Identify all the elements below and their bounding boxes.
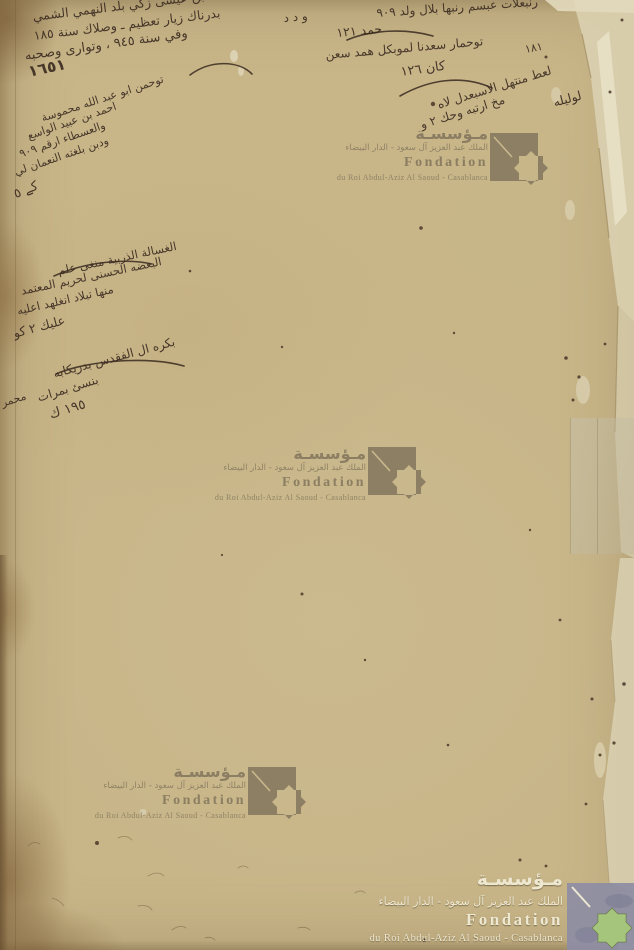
handwritten-line: ١٨١ [524,41,543,55]
watermark-latin-title: Fondation [466,911,563,928]
watermark-latin-subtitle: du Roi Abdul-Aziz Al Saoud - Casablanca [95,812,246,820]
repair-tape-patch [570,418,634,554]
foundation-logo-icon [246,765,310,829]
page-fold-crease [15,0,16,950]
watermark-latin-subtitle: du Roi Abdul-Aziz Al Saoud - Casablanca [337,174,488,182]
watermark-arabic-title: مـؤسسـة [173,764,246,780]
watermark-arabic-title: مـؤسسـة [293,446,366,462]
foundation-watermark-top: مـؤسسـة الملك عبد العزيز آل سعود - الدار… [322,126,552,192]
watermark-latin-title: Fondation [282,476,366,490]
watermark-latin-title: Fondation [404,156,488,170]
watermark-arabic-title: مـؤسسـة [415,126,488,142]
watermark-arabic-title: مـؤسسـة [477,870,563,889]
handwritten-line: و د د [283,10,308,24]
watermark-arabic-subtitle: الملك عبد العزيز آل سعود - الدار البيضاء [103,782,246,791]
manuscript-page: وكونه محمد بن عيسى زكي بلد النهمي الشمي … [0,0,634,950]
watermark-latin-subtitle: du Roi Abdul-Aziz Al Saoud - Casablanca [215,494,366,502]
page-edge-shadow [0,555,8,950]
foundation-watermark-bottom-left: مـؤسسـة الملك عبد العزيز آل سعود - الدار… [80,764,310,830]
foundation-stamp-colored: مـؤسسـة الملك عبد العزيز آل سعود - الدار… [340,870,634,950]
watermark-arabic-subtitle: الملك عبد العزيز آل سعود - الدار البيضاء [223,464,366,473]
foundation-watermark-middle: مـؤسسـة الملك عبد العزيز آل سعود - الدار… [200,446,430,512]
foundation-logo-icon [366,445,430,509]
watermark-arabic-subtitle: الملك عبد العزيز آل سعود - الدار البيضاء [345,144,488,153]
watermark-arabic-subtitle: الملك عبد العزيز آل سعود - الدار البيضاء [378,896,563,907]
watermark-latin-subtitle: du Roi Abdul-Aziz Al Saoud - Casablanca [370,934,564,945]
foundation-logo-icon [488,131,552,195]
foundation-logo-colored-icon [567,883,634,950]
watermark-latin-title: Fondation [162,794,246,808]
